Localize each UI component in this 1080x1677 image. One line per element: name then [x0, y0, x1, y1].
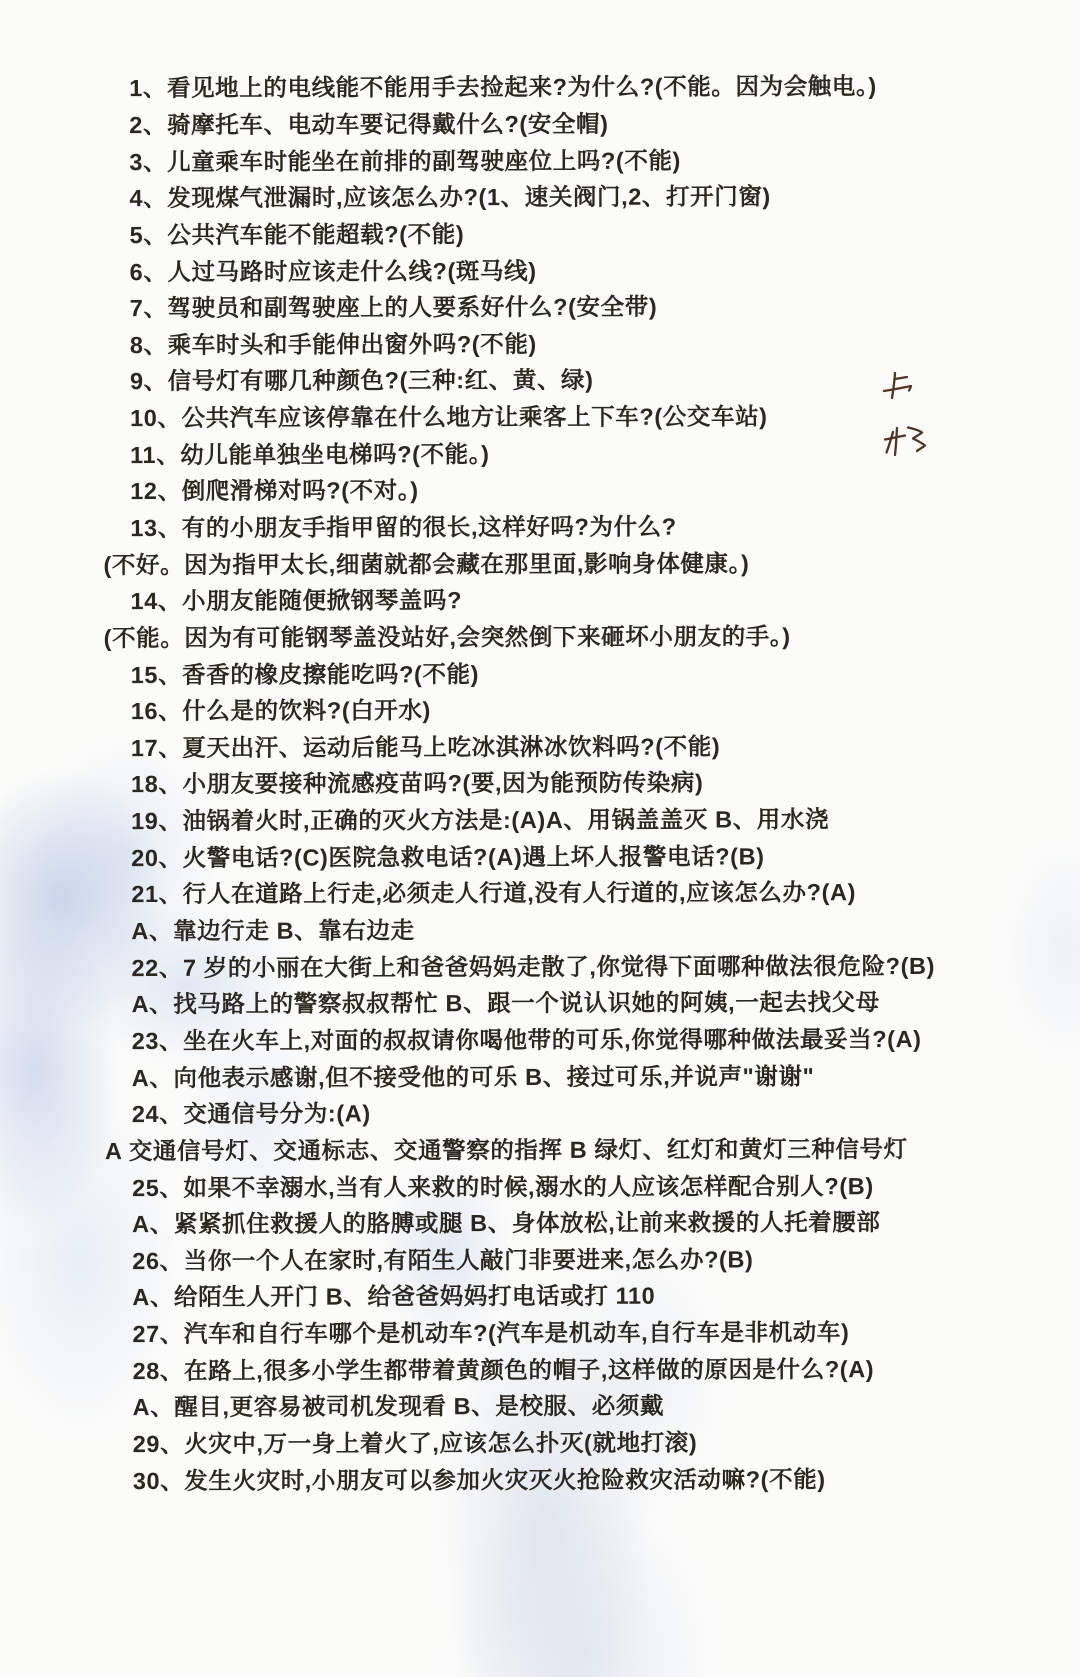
handwritten-stroke: [884, 386, 911, 391]
text-line: 3、儿童乘车时能坐在前排的副驾驶座位上吗?(不能): [0, 139, 1078, 178]
text-line: 5、公共汽车能不能超载?(不能): [0, 212, 1079, 251]
text-line: A、紧紧抓住救援人的胳膊或腿 B、身体放松,让前来救援的人托着腰部: [1, 1201, 1080, 1240]
text-line: 2、骑摩托车、电动车要记得戴什么?(安全帽): [0, 102, 1078, 141]
text-line: A、向他表示感谢,但不接受他的可乐 B、接过可乐,并说声"谢谢": [1, 1055, 1080, 1094]
text-line: (不好。因为指甲太长,细菌就都会藏在那里面,影响身体健康。): [0, 542, 1079, 581]
text-line: 14、小朋友能随便掀钢琴盖吗?: [0, 579, 1080, 618]
text-line: 27、汽车和自行车哪个是机动车?(汽车是机动车,自行车是非机动车): [1, 1311, 1080, 1350]
text-line: 22、7 岁的小丽在大街上和爸爸妈妈走散了,你觉得下面哪种做法很危险?(B): [0, 945, 1080, 984]
text-line: 25、如果不幸溺水,当有人来救的时候,溺水的人应该怎样配合别人?(B): [1, 1165, 1080, 1204]
text-line: 23、坐在火车上,对面的叔叔请你喝他带的可乐,你觉得哪种做法最妥当?(A): [1, 1018, 1080, 1057]
text-line: 4、发现煤气泄漏时,应该怎么办?(1、速关阀门,2、打开门窗): [0, 176, 1079, 215]
text-line: 24、交通信号分为:(A): [1, 1092, 1080, 1131]
text-line: A、找马路上的警察叔叔帮忙 B、跟一个说认识她的阿姨,一起去找父母: [1, 982, 1080, 1021]
text-line: 30、发生火灾时,小朋友可以参加火灾灭火抢险救灾活动嘛?(不能): [2, 1458, 1080, 1497]
text-line: 15、香香的橡皮擦能吃吗?(不能): [0, 652, 1080, 691]
handwritten-stroke: [892, 373, 895, 398]
text-line: 1、看见地上的电线能不能用手去捡起来?为什么?(不能。因为会触电。): [0, 66, 1078, 105]
handwritten-stroke: [885, 436, 905, 440]
text-line: 18、小朋友要接种流感疫苗吗?(要,因为能预防传染病): [0, 762, 1080, 801]
text-line: 29、火灾中,万一身上着火了,应该怎么扑灭(就地打滚): [2, 1421, 1080, 1460]
text-line: 6、人过马路时应该走什么线?(斑马线): [0, 249, 1079, 288]
text-line: 19、油锅着火时,正确的灭火方法是:(A)A、用锅盖盖灭 B、用水浇: [0, 798, 1080, 837]
text-line: 17、夏天出汗、运动后能马上吃冰淇淋冰饮料吗?(不能): [0, 725, 1080, 764]
text-line: 12、倒爬滑梯对吗?(不对。): [0, 469, 1079, 508]
text-line: A、醒目,更容易被司机发现看 B、是校服、必须戴: [2, 1385, 1080, 1424]
handwritten-stroke: [895, 377, 907, 379]
text-line: 28、在路上,很多小学生都带着黄颜色的帽子,这样做的原因是什么?(A): [1, 1348, 1080, 1387]
text-line: 16、什么是的饮料?(白开水): [0, 688, 1080, 727]
text-line: 26、当你一个人在家时,有陌生人敲门非要进来,怎么办?(B): [1, 1238, 1080, 1277]
text-line: 7、驾驶员和副驾驶座上的人要系好什么?(安全带): [0, 285, 1079, 324]
text-line: 13、有的小朋友手指甲留的很长,这样好吗?为什么?: [0, 505, 1079, 544]
text-line: 8、乘车时头和手能伸出窗外吗?(不能): [0, 322, 1079, 361]
document-page: 1、看见地上的电线能不能用手去捡起来?为什么?(不能。因为会触电。)2、骑摩托车…: [0, 66, 1080, 1498]
text-line: 20、火警电话?(C)医院急救电话?(A)遇上坏人报警电话?(B): [0, 835, 1080, 874]
text-line: A 交通信号灯、交通标志、交通警察的指挥 B 绿灯、红灯和黄灯三种信号灯: [1, 1128, 1080, 1167]
text-line: 21、行人在道路上行走,必须走人行道,没有人行道的,应该怎么办?(A): [0, 872, 1080, 911]
handwritten-stroke: [895, 428, 897, 455]
handwritten-stroke: [887, 432, 894, 453]
text-line: A、给陌生人开门 B、给爸爸妈妈打电话或打 110: [1, 1275, 1080, 1314]
handwritten-mark: [880, 368, 932, 460]
text-line: (不能。因为有可能钢琴盖没站好,会突然倒下来砸坏小朋友的手。): [0, 615, 1080, 654]
text-line: A、靠边行走 B、靠右边走: [0, 908, 1080, 947]
document-lines: 1、看见地上的电线能不能用手去捡起来?为什么?(不能。因为会触电。)2、骑摩托车…: [0, 66, 1080, 1498]
handwritten-stroke: [908, 428, 925, 452]
